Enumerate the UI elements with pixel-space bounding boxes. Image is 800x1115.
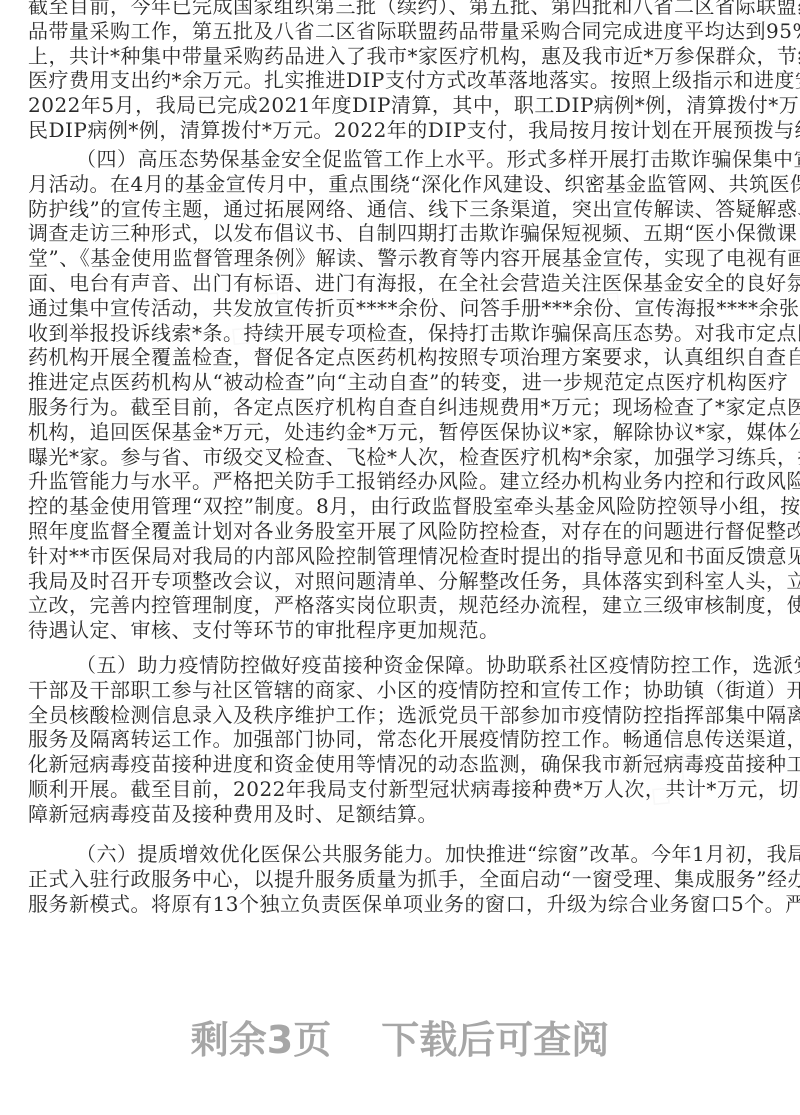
text-line: 服务及隔离转运工作。加强部门协同，常态化开展疫情防控工作。畅通信息传送渠道，强 xyxy=(28,727,774,752)
download-prompt-label: 下载后可查阅 xyxy=(381,1018,609,1062)
section-heading-line: （六）提质增效优化医保公共服务能力。加快推进“综窗”改革。今年1月初，我局 xyxy=(28,842,774,867)
text-line: 控的基金使用管理“双控”制度。8月，由行政监督股室牵头基金风险防控领导小组，按 xyxy=(28,494,774,519)
text-line: 民DIP病例*例，清算拨付*万元。2022年的DIP支付，我局按月按计划在开展预… xyxy=(28,118,774,143)
remaining-pages-label: 剩余3页 xyxy=(191,1018,331,1062)
text-line: 防护线”的宣传主题，通过拓展网络、通信、线下三条渠道，突出宣传解读、答疑解惑、 xyxy=(28,197,774,222)
text-line: 品带量采购工作，第五批及八省二区省际联盟药品带量采购合同完成进度平均达到95%以 xyxy=(28,19,774,44)
text-line: 通过集中宣传活动，共发放宣传折页****余份、问答手册***余份、宣传海报***… xyxy=(28,296,774,321)
text-line: 干部及干部职工参与社区管辖的商家、小区的疫情防控和宣传工作；协助镇（街道）开展 xyxy=(28,678,774,703)
text-line: 机构，追回医保基金*万元，处违约金*万元，暂停医保协议*家，解除协议*家，媒体公… xyxy=(28,420,774,445)
text-line: 障新冠病毒疫苗及接种费用及时、足额结算。 xyxy=(28,802,774,827)
document-page: ◇◇◇ ◇◇◇ ◇◇◇ ◇◇◇ ◇◇◇ 截至目前，今年已完成国家组织第三批（续约… xyxy=(0,0,800,1115)
paragraph-drug-procurement: 截至目前，今年已完成国家组织第三批（续约）、第五批、第四批和八省二区省际联盟药 … xyxy=(28,0,774,143)
text-line: 全员核酸检测信息录入及秩序维护工作；选派党员干部参加市疫情防控指挥部集中隔离点 xyxy=(28,703,774,728)
text-line: 上，共计*种集中带量采购药品进入了我市*家医疗机构，惠及我市近*万参保群众，节约 xyxy=(28,44,774,69)
text-line: 2022年5月，我局已完成2021年度DIP清算，其中，职工DIP病例*例，清算… xyxy=(28,93,774,118)
text-line: 药机构开展全覆盖检查，督促各定点医药机构按照专项治理方案要求，认真组织自查自纠， xyxy=(28,345,774,370)
text-line: 立改，完善内控管理制度，严格落实岗位职责，规范经办流程，建立三级审核制度，使得 xyxy=(28,593,774,618)
section-heading-line: （五）助力疫情防控做好疫苗接种资金保障。协助联系社区疫情防控工作，选派党员 xyxy=(28,653,774,678)
paragraph-fund-supervision: （四）高压态势保基金安全促监管工作上水平。形式多样开展打击欺诈骗保集中宣传 月活… xyxy=(28,147,774,643)
text-line: 堂”、《基金使用监督管理条例》解读、警示教育等内容开展基金宣传，实现了电视有画 xyxy=(28,246,774,271)
text-line: 曝光*家。参与省、市级交叉检查、飞检*人次，检查医疗机构*余家，加强学习练兵，提 xyxy=(28,445,774,470)
text-line: 医疗费用支出约*余万元。扎实推进DIP支付方式改革落地落实。按照上级指示和进度安… xyxy=(28,68,774,93)
text-line: 面、电台有声音、出门有标语、进门有海报，在全社会营造关注医保基金安全的良好氛围。 xyxy=(28,271,774,296)
text-line: 调查走访三种形式，以发布倡议书、自制四期打击欺诈骗保短视频、五期“医小保微课 xyxy=(28,221,774,246)
text-line: 升监管能力与水平。严格把关防手工报销经办风险。建立经办机构业务内控和行政风险防 xyxy=(28,469,774,494)
text-line: 服务新模式。将原有13个独立负责医保单项业务的窗口，升级为综合业务窗口5个。严格 xyxy=(28,892,774,917)
text-line: 正式入驻行政服务中心，以提升服务质量为抓手，全面启动“一窗受理、集成服务”经办 xyxy=(28,867,774,892)
text-line: 我局及时召开专项整改会议，对照问题清单、分解整改任务，具体落实到科室人头，立行 xyxy=(28,569,774,594)
paragraph-public-service: （六）提质增效优化医保公共服务能力。加快推进“综窗”改革。今年1月初，我局 正式… xyxy=(28,842,774,916)
text-line: 推进定点医药机构从“被动检查”向“主动自查”的转变，进一步规范定点医疗机构医疗 xyxy=(28,370,774,395)
text-line: 服务行为。截至目前，各定点医疗机构自查自纠违规费用*万元；现场检查了*家定点医药 xyxy=(28,395,774,420)
text-line: 化新冠病毒疫苗接种进度和资金使用等情况的动态监测，确保我市新冠病毒疫苗接种工作 xyxy=(28,752,774,777)
section-heading-line: （四）高压态势保基金安全促监管工作上水平。形式多样开展打击欺诈骗保集中宣传 xyxy=(28,147,774,172)
text-line: 收到举报投诉线索*条。持续开展专项检查，保持打击欺诈骗保高压态势。对我市定点医 xyxy=(28,321,774,346)
text-line: 截至目前，今年已完成国家组织第三批（续约）、第五批、第四批和八省二区省际联盟药 xyxy=(28,0,774,19)
text-line: 照年度监督全覆盖计划对各业务股室开展了风险防控检查，对存在的问题进行督促整改， xyxy=(28,519,774,544)
text-line: 顺利开展。截至目前，2022年我局支付新型冠状病毒接种费*万人次，共计*万元，切… xyxy=(28,777,774,802)
text-line: 月活动。在4月的基金宣传月中，重点围绕“深化作风建设、织密基金监管网、共筑医保 xyxy=(28,172,774,197)
download-to-read-banner[interactable]: 剩余3页下载后可查阅 xyxy=(0,1010,800,1070)
text-line: 针对**市医保局对我局的内部风险控制管理情况检查时提出的指导意见和书面反馈意见， xyxy=(28,544,774,569)
paragraph-epidemic-vaccine: （五）助力疫情防控做好疫苗接种资金保障。协助联系社区疫情防控工作，选派党员 干部… xyxy=(28,653,774,827)
text-line: 待遇认定、审核、支付等环节的审批程序更加规范。 xyxy=(28,618,774,643)
